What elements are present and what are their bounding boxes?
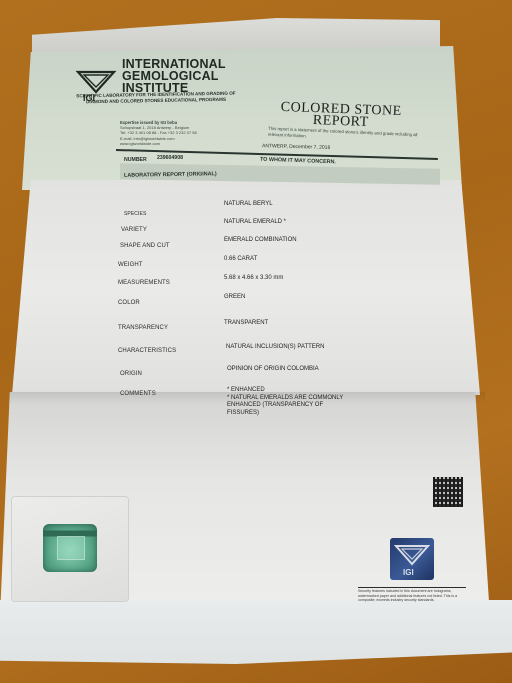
contact-block: Expertise issued by IGI bvba Schupstraat…: [120, 120, 197, 146]
field-label-origin: ORIGIN: [120, 371, 142, 377]
field-value-species: NATURAL BERYL: [224, 201, 273, 209]
field-label-weight: WEIGHT: [118, 262, 143, 268]
svg-text:IGI: IGI: [403, 568, 414, 577]
field-label-transparency: TRANSPARENCY: [118, 325, 168, 331]
field-label-measurements: MEASUREMENTS: [118, 280, 170, 286]
qr-code-icon[interactable]: [433, 477, 463, 507]
report-number: 239604908: [157, 155, 183, 161]
comment-line: ENHANCED (TRANSPARENCY OF: [227, 402, 343, 410]
contact-phone: Tel: +32 3 401 08 88 - Fax +32 3 232 07 …: [120, 130, 197, 135]
field-value-origin: OPINION OF ORIGIN COLOMBIA: [227, 366, 319, 374]
igi-hologram-icon: IGI: [390, 538, 434, 580]
field-value-comments: * ENHANCED * NATURAL EMERALDS ARE COMMON…: [227, 387, 343, 417]
folder-bottom-flap: [0, 600, 512, 664]
field-value-shape-cut: EMERALD COMBINATION: [224, 237, 297, 245]
comment-line: * NATURAL EMERALDS ARE COMMONLY: [227, 395, 343, 403]
field-label-color: COLOR: [118, 300, 140, 306]
field-label-shape-cut: SHAPE AND CUT: [120, 243, 170, 249]
field-label-characteristics: CHARACTERISTICS: [118, 348, 176, 354]
comment-line: * ENHANCED: [227, 387, 343, 395]
field-value-characteristics: NATURAL INCLUSION(S) PATTERN: [226, 344, 324, 352]
field-label-comments: COMMENTS: [120, 391, 156, 397]
comment-line: FISSURES): [227, 410, 343, 418]
field-value-weight: 0.66 CARAT: [224, 256, 257, 264]
field-value-color: GREEN: [224, 294, 245, 302]
field-value-variety: NATURAL EMERALD *: [224, 219, 286, 227]
institute-name: INTERNATIONAL GEMOLOGICAL INSTITUTE: [122, 58, 226, 94]
security-footer-text: Security features included in this docum…: [358, 589, 466, 603]
field-label-species: SPECIES: [124, 211, 146, 217]
certificate-middle-panel: [12, 180, 480, 395]
footer-divider: [358, 587, 466, 588]
field-value-measurements: 5.68 x 4.66 x 3.30 mm: [224, 275, 283, 283]
number-label: NUMBER: [124, 157, 147, 163]
field-value-transparency: TRANSPARENT: [224, 320, 268, 328]
field-label-variety: VARIETY: [121, 227, 147, 233]
contact-web: www.igiworldwide.com: [120, 141, 197, 146]
emerald-gem-photo: [43, 524, 97, 572]
